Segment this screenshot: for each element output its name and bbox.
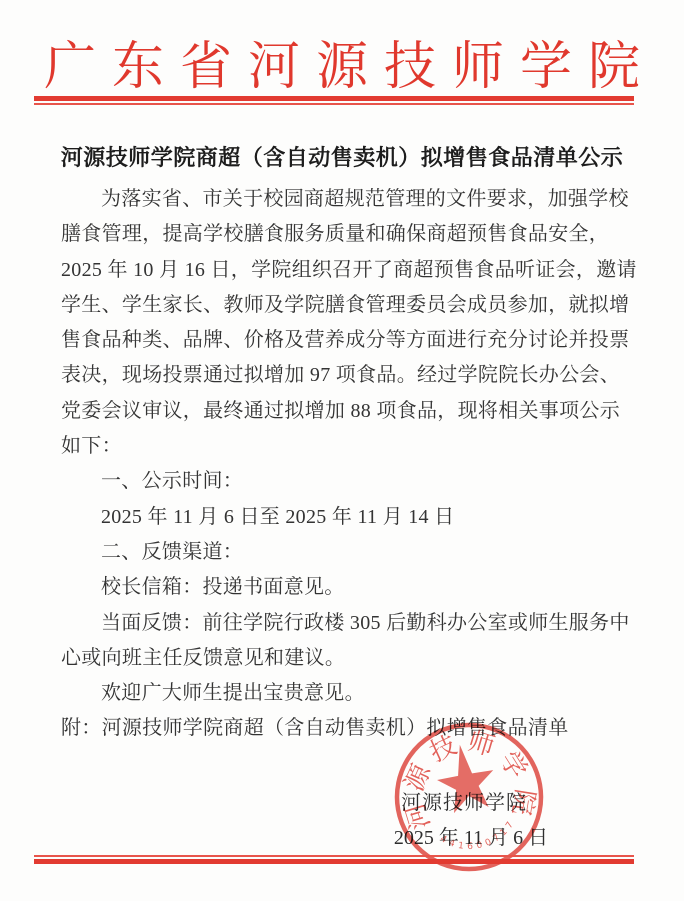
- document-title: 河源技师学院商超（含自动售卖机）拟增售食品清单公示: [0, 141, 684, 172]
- body-line: 当面反馈：前往学院行政楼 305 后勤科办公室或师生服务中: [61, 606, 623, 641]
- body-line-publicity-period: 2025 年 11 月 6 日至 2025 年 11 月 14 日: [61, 500, 623, 535]
- body-line: 膳食管理，提高学校膳食服务质量和确保商超预售食品安全，: [61, 217, 623, 252]
- footer-double-rule: [34, 855, 634, 864]
- body-line-section-2: 二、反馈渠道：: [61, 535, 623, 570]
- body-line-section-1: 一、公示时间：: [61, 464, 623, 499]
- rule-thick-line: [34, 859, 634, 864]
- body-line: 如下：: [61, 429, 623, 464]
- body-line: 党委会议审议，最终通过拟增加 88 项食品，现将相关事项公示: [61, 394, 623, 429]
- body-line: 为落实省、市关于校园商超规范管理的文件要求，加强学校: [61, 182, 623, 217]
- body-line: 欢迎广大师生提出宝贵意见。: [61, 676, 623, 711]
- body-line: 售食品种类、品牌、价格及营养成分等方面进行充分讨论并投票: [61, 323, 623, 358]
- body-line-mailbox: 校长信箱：投递书面意见。: [61, 570, 623, 605]
- institution-masthead: 广东省河源技师学院: [0, 24, 684, 99]
- body-line: 表决，现场投票通过拟增加 97 项食品。经过学院院长办公会、: [61, 358, 623, 393]
- body-line: 心或向班主任反馈意见和建议。: [61, 641, 623, 676]
- header-double-rule: [34, 96, 634, 105]
- body-line: 2025 年 10 月 16 日，学院组织召开了商超预售食品听证会，邀请: [61, 253, 623, 288]
- rule-thin-line: [34, 103, 634, 105]
- body-line: 学生、学生家长、教师及学院膳食管理委员会成员参加，就拟增: [61, 288, 623, 323]
- document-page: 广东省河源技师学院 河源技师学院商超（含自动售卖机）拟增售食品清单公示 为落实省…: [0, 0, 684, 901]
- document-body: 为落实省、市关于校园商超规范管理的文件要求，加强学校 膳食管理，提高学校膳食服务…: [61, 182, 623, 747]
